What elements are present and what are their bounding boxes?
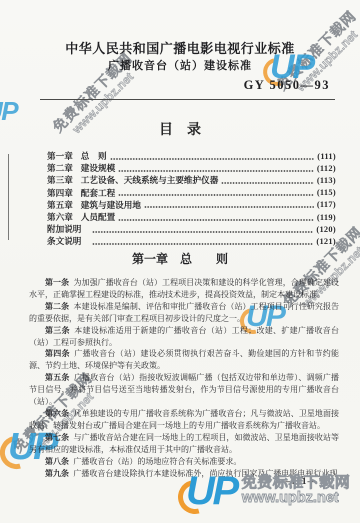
toc-dot-leader	[92, 231, 313, 233]
article-number: 第五条	[45, 373, 69, 382]
standard-number: GY 5050—93	[244, 78, 330, 93]
toc-chapter-label: 第六章	[47, 211, 73, 223]
article-paragraph: 第六条凡单独建设的专用广播收音系统称为广播收音台；凡与微波站、卫星地面接收站、转…	[29, 408, 339, 432]
article-number: 第三条	[45, 326, 70, 335]
toc-dot-leader	[118, 194, 314, 196]
toc-row: 第一章总 则(111)	[47, 150, 336, 162]
article-paragraph: 第二条本建设标准是编制、评估和审批广播收音台（站）工程项目可行性研究报告的重要依…	[29, 301, 339, 325]
article-number: 第四条	[45, 349, 70, 358]
toc-page-number: (115)	[317, 188, 336, 197]
toc-dot-leader	[118, 219, 314, 221]
article-text: 与广播收音站合建在同一场地上的工程项目，如微波站、卫星地面接收站等另有相应的建设…	[29, 433, 339, 454]
document-body: 中华人民共和国广播电影电视行业标准 广播收音台（站）建设标准 GY 5050—9…	[0, 0, 360, 523]
toc-page-number: (119)	[317, 213, 336, 222]
article-number: 第一条	[45, 278, 69, 287]
toc-dot-leader	[221, 182, 314, 184]
toc-page-number: (112)	[317, 164, 336, 173]
toc-page-number: (120)	[316, 225, 336, 234]
toc-dot-leader	[144, 206, 314, 208]
toc-chapter-title: 人员配置	[81, 211, 115, 223]
article-text: 广播收音台（站）建设必须贯彻执行艰苦奋斗、勤俭建国的方针和节约能源、节约土地、环…	[29, 349, 339, 370]
toc-chapter-label: 第一章	[47, 150, 73, 162]
article-text: 广播收音台（站）的场地应符合有关标准要求。	[73, 457, 241, 466]
toc-chapter-title: 总 则	[81, 150, 107, 162]
toc-chapter-label: 附加说明	[47, 223, 81, 235]
toc-row: 第五章建筑与建设用地(117)	[47, 199, 336, 211]
toc-row: 条文说明(121)	[47, 235, 336, 247]
header-divider	[40, 99, 335, 100]
toc-page-number: (113)	[317, 176, 336, 185]
scan-fold-line	[8, 154, 9, 240]
article-paragraph: 第四条广播收音台（站）建设必须贯彻执行艰苦奋斗、勤俭建国的方针和节约能源、节约土…	[29, 348, 339, 372]
toc-dot-leader	[110, 158, 315, 160]
toc-chapter-label: 第四章	[47, 187, 73, 199]
toc-chapter-label: 条文说明	[47, 235, 81, 247]
toc-heading: 目 录	[0, 119, 360, 139]
toc-chapter-title: 建设规模	[81, 162, 115, 174]
article-number: 第七条	[45, 433, 69, 442]
toc-row: 第三章工艺设备、天线系统与主要维护仪器(113)	[47, 174, 336, 186]
toc-row: 第二章建设规模(112)	[47, 162, 336, 174]
scanned-standard-page: 免费标准下载网 www.upbz.net 免费标准下载网 www.upbz.ne…	[0, 0, 360, 523]
standard-title-line1: 中华人民共和国广播电影电视行业标准	[0, 38, 360, 57]
toc-chapter-title: 建筑与建设用地	[81, 199, 141, 211]
toc-row: 第四章配套工程(115)	[47, 187, 336, 199]
article-text: 凡单独建设的专用广播收音系统称为广播收音台；凡与微波站、卫星地面接收站、转播发射…	[29, 409, 339, 430]
article-paragraph: 第八条广播收音台（站）的场地应符合有关标准要求。	[29, 456, 339, 468]
article-paragraph: 第五条广播收音台（站）指接收短波调幅广播（包括双边带和单边带）、调频广播节目信号…	[29, 372, 339, 408]
article-text: 本建设标准适用于新建的广播收音台（站）工程；改建、扩建广播收音台（站）工程可参照…	[29, 326, 339, 347]
article-number: 第九条	[45, 469, 69, 478]
article-text: 广播收音台（站）指接收短波调幅广播（包括双边带和单边带）、调频广播节目信号，并将…	[29, 373, 339, 406]
toc-chapter-label: 第三章	[47, 174, 73, 186]
toc-dot-leader	[92, 243, 313, 245]
toc-row: 第六章人员配置(119)	[47, 211, 336, 223]
article-paragraph: 第一条为加强广播收音台（站）工程项目决策和建设的科学化管理，合理确定建设水平，正…	[29, 277, 339, 301]
chapter-articles: 第一条为加强广播收音台（站）工程项目决策和建设的科学化管理，合理确定建设水平，正…	[29, 277, 339, 479]
toc-chapter-title: 工艺设备、天线系统与主要维护仪器	[81, 174, 219, 186]
toc-chapter-label: 第五章	[47, 199, 73, 211]
article-number: 第二条	[45, 302, 69, 311]
toc-chapter-title: 配套工程	[81, 187, 115, 199]
toc-page-number: (111)	[317, 152, 336, 161]
toc-page-number: (121)	[316, 237, 336, 246]
toc-dot-leader	[118, 170, 314, 172]
table-of-contents: 第一章总 则(111) 第二章建设规模(112) 第三章工艺设备、天线系统与主要…	[47, 150, 336, 248]
article-number: 第八条	[45, 457, 69, 466]
chapter-heading: 第一章 总 则	[0, 250, 360, 267]
article-paragraph: 第三条本建设标准适用于新建的广播收音台（站）工程；改建、扩建广播收音台（站）工程…	[29, 325, 339, 349]
article-number: 第六条	[45, 409, 69, 418]
standard-title-line2: 广播收音台（站）建设标准	[0, 57, 360, 73]
toc-chapter-label: 第二章	[47, 162, 73, 174]
article-text: 本建设标准是编制、评估和审批广播收音台（站）工程项目可行性研究报告的重要依据，是…	[29, 302, 339, 323]
page-number: —111—	[281, 477, 318, 487]
article-text: 为加强广播收音台（站）工程项目决策和建设的科学化管理，合理确定建设水平，正确掌握…	[29, 278, 339, 299]
toc-row: 附加说明(120)	[47, 223, 336, 235]
article-paragraph: 第七条与广播收音站合建在同一场地上的工程项目，如微波站、卫星地面接收站等另有相应…	[29, 432, 339, 456]
toc-page-number: (117)	[317, 200, 336, 209]
